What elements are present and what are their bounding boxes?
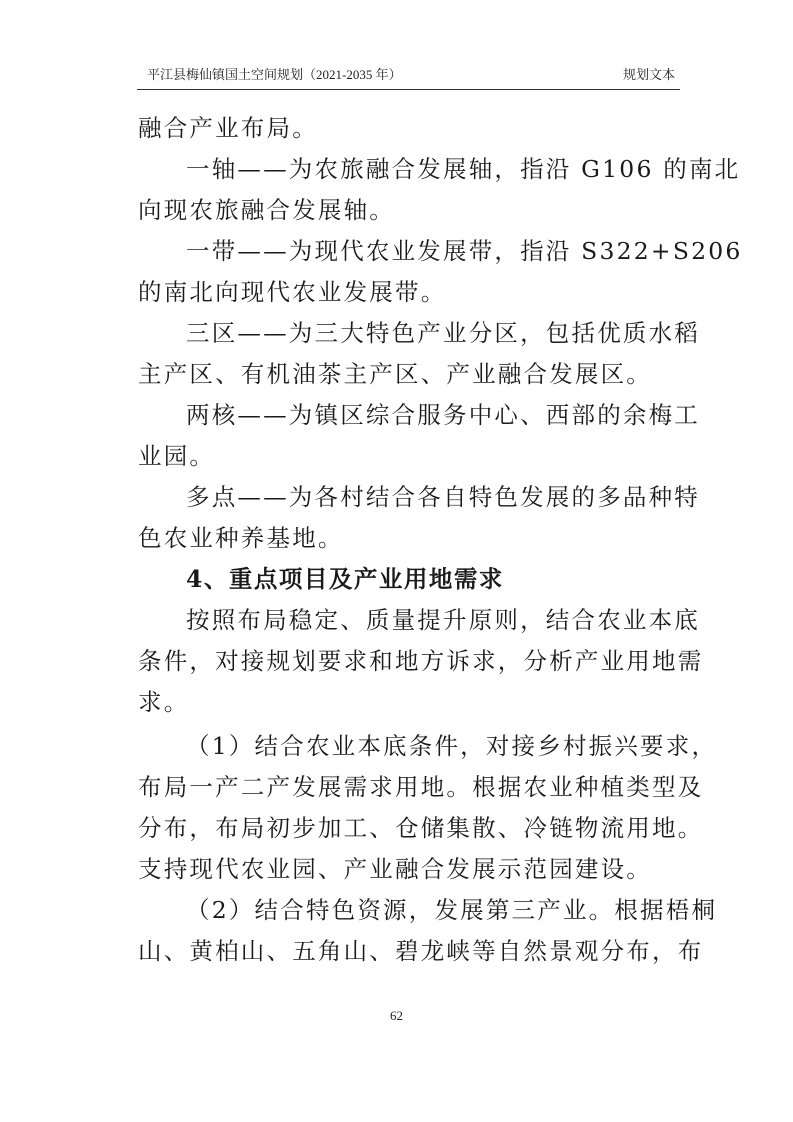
paragraph-line: 多点——为各村结合各自特色发展的多品种特 bbox=[138, 477, 678, 518]
paragraph-line: 按照布局稳定、质量提升原则，结合农业本底 bbox=[138, 600, 678, 641]
paragraph-line: 山、黄柏山、五角山、碧龙峡等自然景观分布，布 bbox=[138, 931, 678, 972]
paragraph-line: 一带——为现代农业发展带，指沿 S322+S206 bbox=[138, 231, 678, 272]
paragraph-line: 的南北向现代农业发展带。 bbox=[138, 272, 678, 313]
paragraph-line: 一轴——为农旅融合发展轴，指沿 G106 的南北 bbox=[138, 149, 678, 190]
paragraph-line: 色农业种养基地。 bbox=[138, 518, 678, 559]
paragraph-line: 分布，布局初步加工、仓储集散、冷链物流用地。 bbox=[138, 808, 678, 849]
section-heading: 4、重点项目及产业用地需求 bbox=[138, 559, 678, 600]
paragraph-line: 求。 bbox=[138, 682, 678, 723]
paragraph-line: （2）结合特色资源，发展第三产业。根据梧桐 bbox=[138, 890, 678, 931]
document-title: 平江县梅仙镇国土空间规划（2021-2035 年） bbox=[147, 64, 402, 83]
paragraph-line: 融合产业布局。 bbox=[138, 108, 678, 149]
paragraph-line: 条件，对接规划要求和地方诉求，分析产业用地需 bbox=[138, 641, 678, 682]
section-label: 规划文本 bbox=[623, 64, 675, 83]
document-body: 融合产业布局。 一轴——为农旅融合发展轴，指沿 G106 的南北 向现农旅融合发… bbox=[138, 108, 678, 972]
paragraph-line: 布局一产二产发展需求用地。根据农业种植类型及 bbox=[138, 767, 678, 808]
paragraph-line: 业园。 bbox=[138, 436, 678, 477]
paragraph-line: 两核——为镇区综合服务中心、西部的余梅工 bbox=[138, 395, 678, 436]
page-number: 62 bbox=[0, 1008, 793, 1024]
paragraph-line: 主产区、有机油茶主产区、产业融合发展区。 bbox=[138, 354, 678, 395]
paragraph-line: 向现农旅融合发展轴。 bbox=[138, 190, 678, 231]
paragraph-line: 三区——为三大特色产业分区，包括优质水稻 bbox=[138, 313, 678, 354]
paragraph-line: 支持现代农业园、产业融合发展示范园建设。 bbox=[138, 849, 678, 890]
page-header: 平江县梅仙镇国土空间规划（2021-2035 年） 规划文本 bbox=[137, 62, 680, 90]
paragraph-line: （1）结合农业本底条件，对接乡村振兴要求， bbox=[138, 726, 678, 767]
